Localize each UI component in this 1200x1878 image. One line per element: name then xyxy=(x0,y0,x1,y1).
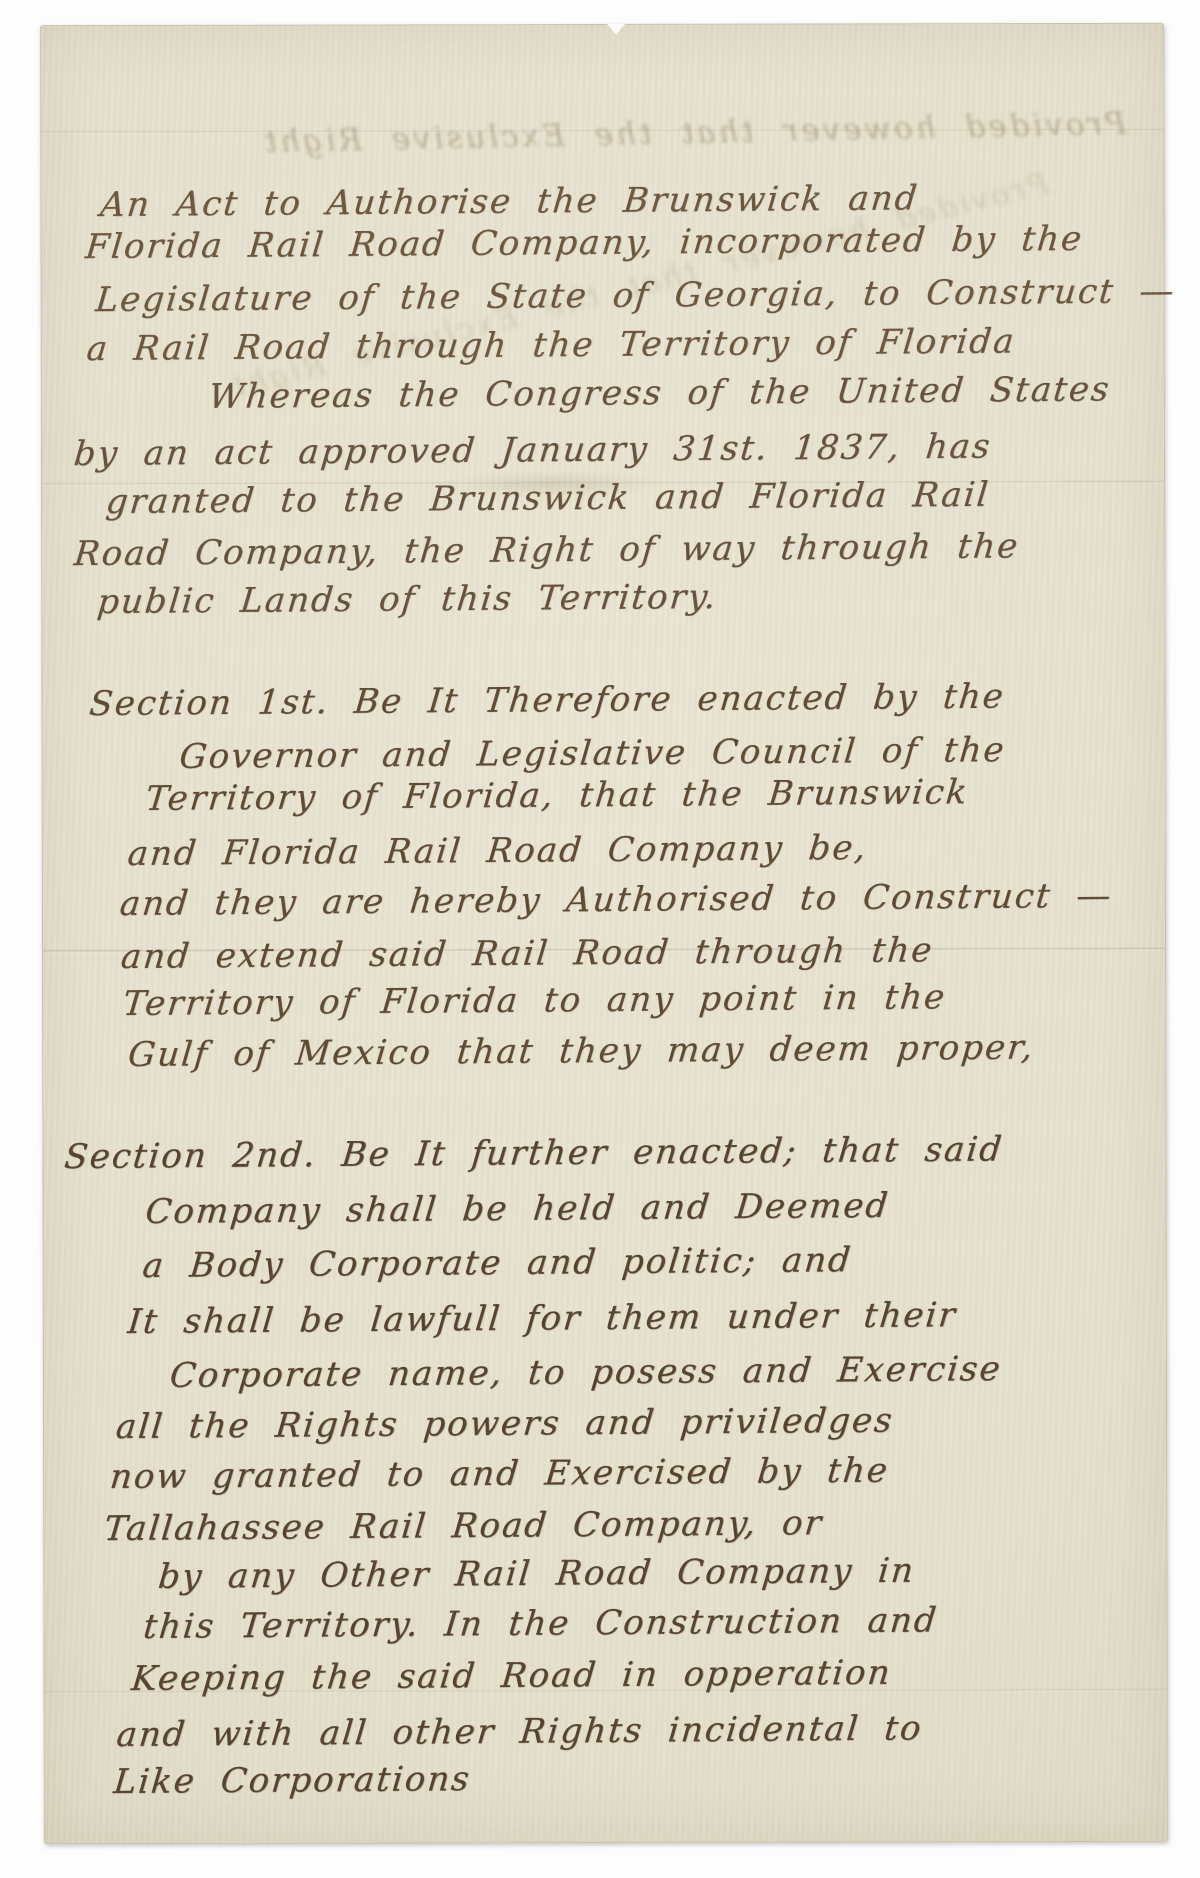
manuscript-line: and with all other Rights incidental to xyxy=(115,1708,925,1755)
manuscript-line: granted to the Brunswick and Florida Rai… xyxy=(104,475,991,522)
manuscript-line: It shall be lawfull for them under their xyxy=(126,1295,959,1342)
manuscript-line: Tallahassee Rail Road Company, or xyxy=(102,1503,825,1549)
manuscript-line: Territory of Florida, that the Brunswick xyxy=(144,772,971,819)
bleed-through-text: Provided however that the Exclusive Righ… xyxy=(66,106,1127,165)
scan-background: { "colors": { "ink": "#5d4933", "paper":… xyxy=(0,0,1200,1878)
manuscript-line: An Act to Authorise the Brunswick and xyxy=(99,178,921,225)
manuscript-line: Whereas the Congress of the United State… xyxy=(207,369,1113,416)
manuscript-line: Corporate name, to posess and Exercise xyxy=(168,1349,1004,1396)
manuscript-line: all the Rights powers and priviledges xyxy=(114,1401,896,1447)
section-1-block: Section 1st. Be It Therefore enacted by … xyxy=(41,24,1163,26)
manuscript-line: Territory of Florida to any point in the xyxy=(121,977,948,1024)
manuscript-line: Legislature of the State of Georgia, to … xyxy=(94,271,1178,320)
manuscript-line: Governor and Legislative Council of the xyxy=(178,730,1008,777)
manuscript-line: and extend said Rail Road through the xyxy=(119,930,935,977)
manuscript-line: Florida Rail Road Company, incorporated … xyxy=(84,219,1086,267)
act-title-block: An Act to Authorise the Brunswick and Fl… xyxy=(41,24,1163,26)
manuscript-line: Road Company, the Right of way through t… xyxy=(72,526,1021,574)
manuscript-line: this Territory. In the Construction and xyxy=(141,1600,939,1647)
paper-notch xyxy=(607,24,625,35)
manuscript-line: and they are hereby Authorised to Constr… xyxy=(118,876,1114,924)
manuscript-line: now granted to and Exercised by the xyxy=(108,1451,891,1497)
manuscript-line: a Rail Road through the Territory of Flo… xyxy=(85,321,1018,369)
scanner-bed: Provided however that the Exclusive Righ… xyxy=(0,0,1200,1878)
preamble-block: Whereas the Congress of the United State… xyxy=(41,24,1163,26)
manuscript-line: Section 2nd. Be It further enacted; that… xyxy=(63,1129,1006,1177)
manuscript-line: Company shall be held and Deemed xyxy=(144,1186,892,1232)
manuscript-line: Gulf of Mexico that they may deem proper… xyxy=(126,1028,1036,1075)
manuscript-line: Like Corporations xyxy=(112,1759,473,1802)
manuscript-line: Section 1st. Be It Therefore enacted by … xyxy=(88,677,1007,725)
manuscript-line: public Lands of this Territory. xyxy=(95,577,719,622)
manuscript-line: by any Other Rail Road Company in xyxy=(156,1551,916,1597)
manuscript-line: and Florida Rail Road Company be, xyxy=(126,828,869,874)
section-2-block: Section 2nd. Be It further enacted; that… xyxy=(41,24,1163,26)
manuscript-line: by an act approved January 31st. 1837, h… xyxy=(72,427,993,475)
manuscript-line: Keeping the said Road in opperation xyxy=(130,1653,894,1699)
document-page: Provided however that the Exclusive Righ… xyxy=(40,23,1168,1844)
manuscript-line: a Body Corporate and politic; and xyxy=(141,1240,854,1286)
